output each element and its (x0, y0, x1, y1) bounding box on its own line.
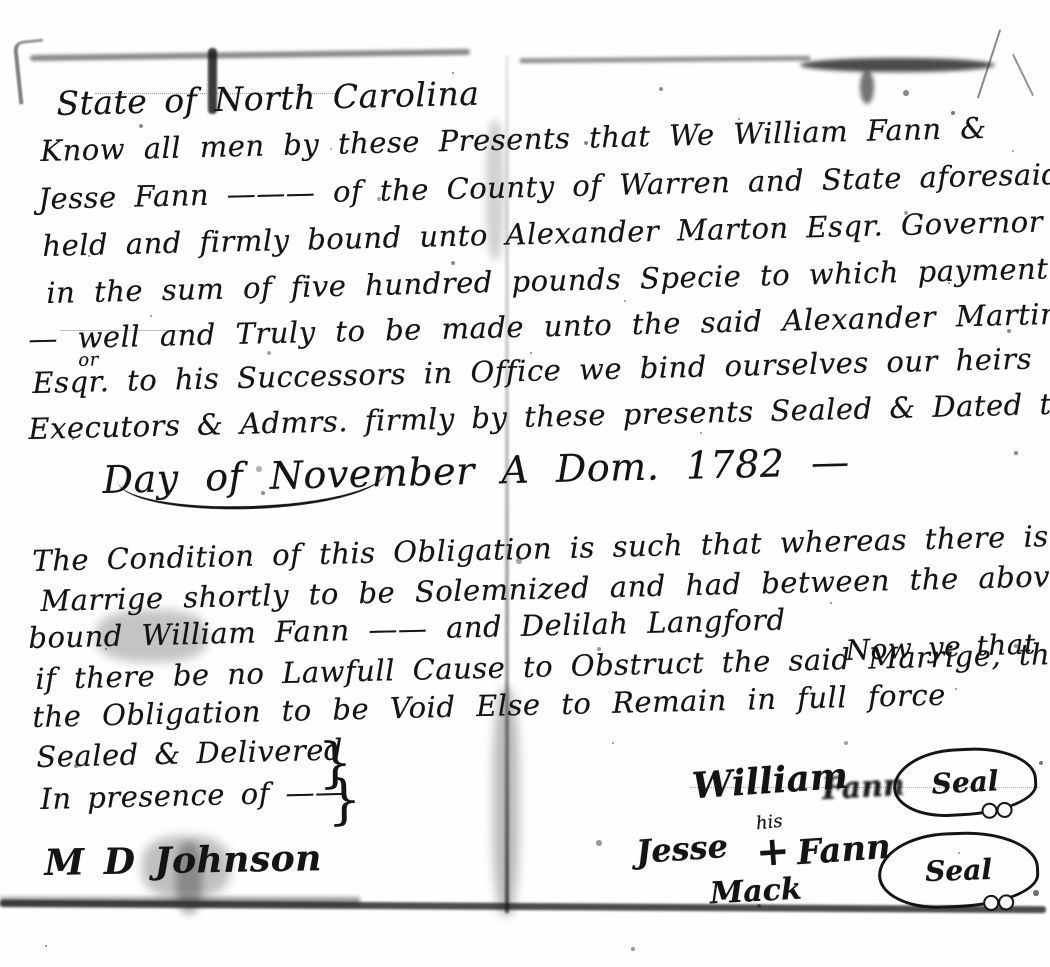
signer-jesse-name: Jesse (635, 827, 729, 871)
signer-jesse-surname: Fann (796, 827, 892, 873)
top-ink-blot (860, 70, 874, 104)
top-edge-smudge (520, 56, 810, 64)
line-sealed-delivered: Sealed & Delivered (36, 733, 343, 774)
bottom-fold-crease (0, 900, 1046, 913)
seal-jesse: Seal (877, 829, 1041, 911)
mark-cross: + (754, 827, 791, 876)
line-state-heading: State of North Carolina (56, 74, 480, 123)
corner-crease (13, 39, 49, 105)
line-in-presence-of: In presence of —— (40, 775, 345, 816)
witness-signature: M D Johnson (44, 837, 322, 884)
seal-label: Seal (931, 764, 999, 800)
attestation-brace: } (326, 768, 361, 832)
seal-loops-decoration (983, 894, 1018, 911)
line-day-of-november-1782: Day of November A Dom. 1782 — (102, 440, 850, 502)
seal-label: Seal (925, 852, 993, 887)
corner-crease (977, 29, 1001, 98)
corner-crease (1012, 54, 1034, 96)
top-ink-blot (800, 58, 995, 72)
line-jesse-fann-county: Jesse Fann ——— of the County of Warren a… (38, 155, 1050, 216)
top-edge-smudge (30, 49, 470, 61)
paper-speckles (0, 0, 2, 2)
seal-william: Seal (891, 744, 1038, 819)
scanned-document-page: State of North Carolina Know all men by … (0, 0, 1050, 967)
bottom-fold-crease (0, 897, 360, 906)
mark-word: Mack (709, 872, 802, 912)
seal-loops-decoration (981, 801, 1016, 819)
esq-superscript: or (78, 349, 99, 371)
